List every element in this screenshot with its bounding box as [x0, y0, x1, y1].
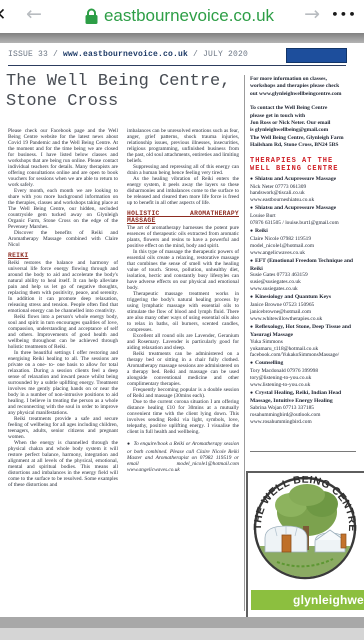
listing-title-text: Reiki [255, 228, 268, 234]
masthead-rule [8, 65, 346, 66]
listing-contact-lines: Sabrina Wojan 07713 337185 rosahummingbi… [250, 405, 356, 426]
therapy-listing: ●Counselling Tory Macdonald 07976 399998… [250, 360, 356, 389]
bullet-icon: ● [250, 361, 253, 366]
listing-title: ●Kinesiology and Quantum Keys [250, 294, 356, 302]
bullet-icon: ● [250, 259, 253, 264]
therapy-listing: ●Kinesiology and Quantum Keys Janice Bro… [250, 294, 356, 323]
paragraph: Therapeutic massage treatment works in t… [127, 291, 239, 333]
url-bar[interactable]: eastbournevoice.co.uk [55, 4, 304, 28]
masthead-issue: ISSUE 33 / [8, 50, 63, 59]
listing-contact-lines: Nick Neter 07773 061309 handswork@tiscal… [250, 184, 356, 205]
section-heading-aromatherapy: HOLISTIC AROMATHERAPY MASSAGE [127, 210, 239, 224]
paragraph: In three beautiful settings I offer rest… [8, 350, 118, 416]
sidebar-contact: To contact the Well Being Centre please … [250, 105, 356, 149]
listing-contact-lines: Tory Macdonald 07976 399998 tory@listeni… [250, 368, 356, 389]
masthead-site-link: www.eastbournevoice.co.uk [63, 50, 188, 59]
paragraph: The art of aromatherapy harnesses the po… [127, 225, 239, 249]
listing-title-text: Kinesiology and Quantum Keys [255, 294, 331, 300]
therapy-listing: ●Shiatsu and Acupressure Massage Louise … [250, 205, 356, 227]
bullet-icon: ● [250, 206, 253, 211]
therapy-listing: ●Reiki Claire Nicole 07982 119519 model_… [250, 228, 356, 257]
paragraph: Discover the benefits of Reiki and Aroma… [8, 230, 118, 248]
listing-contact-lines: Susie Gates 07733 463159 susie@susiegate… [250, 272, 356, 293]
section-heading-reiki: REIKI [8, 252, 118, 259]
listing-contact-lines: Louise Burt 07876 631505 / louise.burt1@… [250, 213, 356, 227]
page-bottom-shadow [0, 617, 364, 628]
masthead-date: / JULY 2020 [188, 50, 248, 59]
listing-contact-lines: Claire Nicole 07982 119519 model_nicole1… [250, 236, 356, 257]
page-title-line1: The Well Being Centre, [6, 72, 230, 91]
bullet-icon: ● [250, 325, 253, 330]
paragraph: Frequently becoming popular is a double … [127, 387, 239, 399]
listing-title: ●Shiatsu and Acupressure Massage [250, 176, 356, 184]
url-text: eastbournevoice.co.uk [104, 6, 274, 26]
therapies-heading-line1: THERAPIES AT THE [250, 157, 333, 165]
masthead-blue-box[interactable] [286, 48, 347, 63]
therapy-listing: ●Shiatsu and Acupressure Massage Nick Ne… [250, 176, 356, 205]
therapy-listing: ●Crystal Healing, Reiki, Indian Head Mas… [250, 390, 356, 426]
page-title: The Well Being Centre, Stone Cross [6, 72, 230, 112]
listing-title: ●EFT (Emotional Freedom Technique and Re… [250, 258, 356, 273]
sidebar-info: For more information on classes, worksho… [250, 76, 356, 98]
overflow-menu-icon[interactable]: ••• [331, 8, 357, 21]
sidebar-separator [250, 451, 356, 452]
paragraph: Excellent all round oils are Lavender, G… [127, 333, 239, 351]
paragraph: As the healing vibration of Reiki enters… [127, 176, 239, 206]
page-title-line2: Stone Cross [6, 92, 118, 111]
bullet-icon: ● [127, 442, 130, 447]
paragraph: When the energy is channelled through th… [8, 440, 118, 488]
column-divider [244, 75, 245, 611]
paragraph: Please check our Facebook page and the W… [8, 128, 118, 188]
well-being-centre-logo: THE WELL BEING CENTRE [253, 476, 357, 580]
paragraph: Reiki treatments provide a safe and secu… [8, 416, 118, 440]
listing-title-text: Shiatsu and Acupressure Massage [255, 176, 336, 182]
newsletter-page: ISSUE 33 / www.eastbournevoice.co.uk / J… [0, 43, 364, 617]
logo-frame: THE WELL BEING CENTRE glynleighwell [246, 471, 364, 617]
article-column-2: imbalances can be unresolved emotions su… [127, 128, 239, 615]
listing-title: ●Shiatsu and Acupressure Massage [250, 205, 356, 213]
listing-contact-lines: Yuka Simmons yukamaru_t118@hotmail.co.uk… [250, 339, 356, 360]
paragraph: Reiki flows into a person's whole energy… [8, 314, 118, 350]
forward-icon[interactable]: → [304, 3, 320, 25]
listing-contact-lines: Janice Browne 07523 150965 janicebrowne@… [250, 302, 356, 323]
listing-title: ●Counselling [250, 360, 356, 368]
therapies-heading: THERAPIES AT THE WELL BEING CENTRE [250, 157, 356, 173]
listing-title-text: Counselling [255, 360, 283, 366]
booking-footnote: ● To enquire/book a Reiki or Aromatherap… [127, 441, 239, 473]
masthead: ISSUE 33 / www.eastbournevoice.co.uk / J… [8, 50, 248, 59]
sidebar: For more information on classes, worksho… [250, 76, 356, 448]
listing-title-text: EFT (Emotional Freedom Technique and Rei… [250, 258, 353, 272]
bullet-icon: ● [250, 229, 253, 234]
paragraph: In this type of massage the therapeutic … [127, 249, 239, 291]
paragraph: Every month, each month we are looking t… [8, 188, 118, 230]
bullet-icon: ● [250, 295, 253, 300]
listing-title: ●Reiki [250, 228, 356, 236]
paragraph: Reiki restores the balance and harmony o… [8, 260, 118, 314]
back-icon[interactable]: ← [26, 3, 42, 25]
paragraph: Suppressing and repressing all of this e… [127, 164, 239, 176]
page-top-shadow [0, 33, 364, 43]
booking-footnote-text: To enquire/book a Reiki or Aromatherapy … [127, 441, 239, 473]
screen: ✕ ← eastbournevoice.co.uk → ••• ISSUE 33… [0, 0, 364, 640]
logo-banner: glynleighwell [251, 590, 364, 610]
listing-title-text: Reflexology, Hot Stone, Deep Tissue and … [250, 324, 351, 338]
bullet-icon: ● [250, 177, 253, 182]
listing-title-text: Crystal Healing, Reiki, Indian Head Mass… [250, 390, 341, 404]
listing-title-text: Shiatsu and Acupressure Massage [255, 205, 336, 211]
close-icon[interactable]: ✕ [0, 5, 6, 25]
lock-icon [85, 8, 98, 25]
paragraph: Reiki treatments can be administered on … [127, 351, 239, 387]
therapy-listing: ●EFT (Emotional Freedom Technique and Re… [250, 258, 356, 294]
listing-title: ●Reflexology, Hot Stone, Deep Tissue and… [250, 324, 356, 339]
therapies-heading-line2: WELL BEING CENTRE [250, 165, 338, 173]
background [0, 628, 364, 640]
article-column-1: Please check our Facebook page and the W… [8, 128, 118, 615]
listing-title: ●Crystal Healing, Reiki, Indian Head Mas… [250, 390, 356, 405]
browser-toolbar: ✕ ← eastbournevoice.co.uk → ••• [0, 0, 364, 33]
bullet-icon: ● [250, 391, 253, 396]
therapy-listing: ●Reflexology, Hot Stone, Deep Tissue and… [250, 324, 356, 360]
paragraph: Due to the current corona situation I am… [127, 399, 239, 435]
paragraph: imbalances can be unresolved emotions su… [127, 128, 239, 164]
logo-banner-text: glynleighwell [293, 593, 364, 607]
